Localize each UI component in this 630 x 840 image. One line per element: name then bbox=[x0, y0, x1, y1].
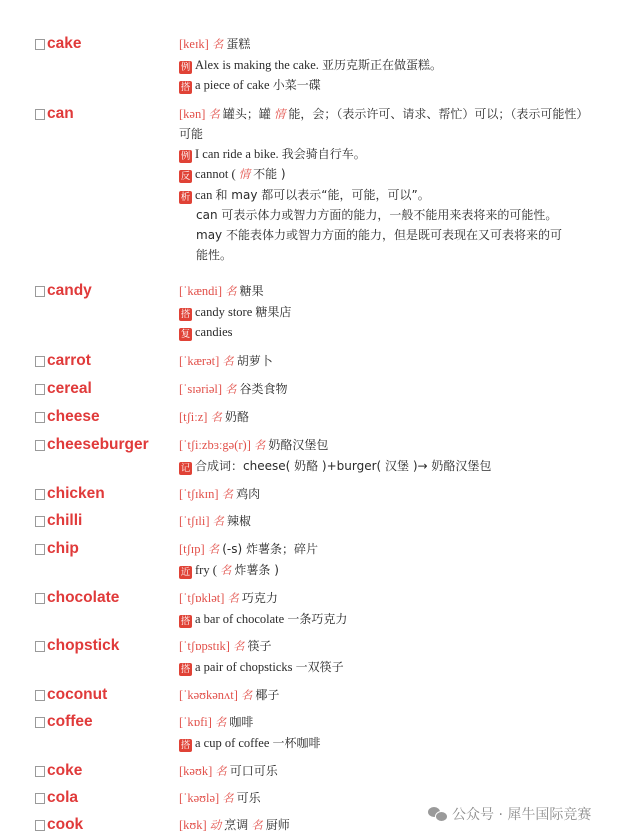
checkbox-icon[interactable] bbox=[35, 544, 45, 555]
headword: chilli bbox=[35, 511, 82, 531]
checkbox-icon[interactable] bbox=[35, 109, 45, 120]
synonym-tag-icon: 近 bbox=[179, 566, 192, 579]
watermark-text: 公众号 · 犀牛国际竞赛 bbox=[452, 804, 591, 824]
checkbox-icon[interactable] bbox=[35, 690, 45, 701]
headword: cake bbox=[35, 34, 81, 54]
headword: chip bbox=[35, 539, 79, 559]
checkbox-icon[interactable] bbox=[35, 516, 45, 527]
headword: cereal bbox=[35, 379, 92, 399]
phonetic: [keɪk] bbox=[179, 37, 209, 51]
example-tag-icon: 例 bbox=[179, 61, 192, 74]
headword: chopstick bbox=[35, 636, 119, 656]
collocation-tag-icon: 搭 bbox=[179, 739, 192, 752]
collocation-tag-icon: 搭 bbox=[179, 308, 192, 321]
headword: carrot bbox=[35, 351, 91, 371]
meaning: 蛋糕 bbox=[226, 37, 250, 51]
checkbox-icon[interactable] bbox=[35, 717, 45, 728]
headword: cheese bbox=[35, 407, 100, 427]
headword: chicken bbox=[35, 484, 105, 504]
part-of-speech: 名 bbox=[212, 39, 224, 51]
headword: coke bbox=[35, 761, 82, 781]
headword: can bbox=[35, 104, 74, 124]
note-line: can 可表示体力或智力方面的能力，一般不能用来表将来的可能性。 bbox=[196, 208, 557, 222]
headword: coffee bbox=[35, 712, 93, 732]
checkbox-icon[interactable] bbox=[35, 412, 45, 423]
checkbox-icon[interactable] bbox=[35, 384, 45, 395]
watermark: 公众号 · 犀牛国际竞赛 bbox=[428, 804, 591, 824]
checkbox-icon[interactable] bbox=[35, 356, 45, 367]
antonym-tag-icon: 反 bbox=[179, 170, 192, 183]
checkbox-icon[interactable] bbox=[35, 793, 45, 804]
checkbox-icon[interactable] bbox=[35, 440, 45, 451]
analysis-tag-icon: 析 bbox=[179, 191, 192, 204]
headword: coconut bbox=[35, 685, 107, 705]
collocation-tag-icon: 搭 bbox=[179, 615, 192, 628]
collocation-tag-icon: 搭 bbox=[179, 663, 192, 676]
headword: cola bbox=[35, 788, 78, 808]
example-tag-icon: 例 bbox=[179, 150, 192, 163]
checkbox-icon[interactable] bbox=[35, 286, 45, 297]
note-line: may 不能表体力或智力方面的能力，但是既可表现在又可表将来的可 bbox=[196, 228, 562, 242]
checkbox-icon[interactable] bbox=[35, 820, 45, 831]
headword: chocolate bbox=[35, 588, 119, 608]
headword: cheeseburger bbox=[35, 435, 149, 455]
plural-tag-icon: 复 bbox=[179, 328, 192, 341]
memory-tag-icon: 记 bbox=[179, 462, 192, 475]
headword: candy bbox=[35, 281, 92, 301]
wechat-icon bbox=[428, 807, 446, 821]
note-line: 能性。 bbox=[196, 248, 232, 262]
headword: cook bbox=[35, 815, 83, 835]
collocation-tag-icon: 搭 bbox=[179, 81, 192, 94]
checkbox-icon[interactable] bbox=[35, 39, 45, 50]
checkbox-icon[interactable] bbox=[35, 641, 45, 652]
checkbox-icon[interactable] bbox=[35, 766, 45, 777]
checkbox-icon[interactable] bbox=[35, 489, 45, 500]
checkbox-icon[interactable] bbox=[35, 593, 45, 604]
